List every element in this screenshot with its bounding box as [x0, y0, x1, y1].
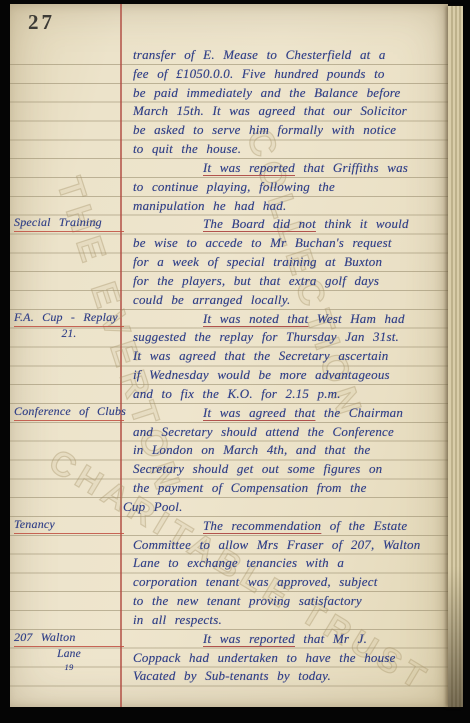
- margin-heading: Special Training: [14, 215, 124, 232]
- minute-line: and to fix the K.O. for 2.15 p.m.: [133, 385, 449, 404]
- minute-line: to continue playing, following the: [133, 178, 449, 197]
- minute-entry: transfer of E. Mease to Chesterfield at …: [133, 46, 449, 159]
- minute-line: suggested the replay for Thursday Jan 31…: [133, 328, 449, 347]
- margin-heading: Conference of Clubs: [14, 404, 124, 421]
- minute-line: It was noted that West Ham had: [133, 310, 449, 329]
- minute-line: Coppack had undertaken to have the house: [133, 649, 449, 668]
- minute-entry: 207 WaltonLane19It was reported that Mr …: [133, 630, 449, 686]
- minute-line: for a week of special training at Buxton: [133, 253, 449, 272]
- red-underlined-phrase: It was noted that: [203, 311, 308, 326]
- minute-line: corporation tenant was approved, subject: [133, 573, 449, 592]
- red-underlined-phrase: It was reported: [203, 631, 295, 646]
- minute-line: in all respects.: [133, 611, 449, 630]
- minute-line: to the new tenant proving satisfactory: [133, 592, 449, 611]
- margin-heading-line: 207 Walton: [14, 630, 124, 647]
- margin-heading-line: Special Training: [14, 215, 124, 232]
- minute-line: Committee to allow Mrs Fraser of 207, Wa…: [133, 536, 449, 555]
- red-underlined-phrase: The recommendation: [203, 518, 321, 533]
- minute-line: March 15th. It was agreed that our Solic…: [133, 102, 449, 121]
- minute-line: The recommendation of the Estate: [133, 517, 449, 536]
- minute-line: Cup Pool.: [123, 498, 449, 517]
- minute-line: in London on March 4th, and that the: [133, 441, 449, 460]
- margin-heading-line: 21.: [14, 327, 124, 342]
- minute-line: It was reported that Griffiths was: [133, 159, 449, 178]
- minute-line: transfer of E. Mease to Chesterfield at …: [133, 46, 449, 65]
- margin-heading: Tenancy: [14, 517, 124, 534]
- minute-line: and Secretary should attend the Conferen…: [133, 423, 449, 442]
- margin-heading-line: F.A. Cup - Replay: [14, 310, 124, 327]
- minute-book-page: 27 THE EVERTON COLLECTION CHARITABLE TRU…: [10, 4, 448, 707]
- minute-line: Lane to exchange tenancies with a: [133, 554, 449, 573]
- minute-entry: Special TrainingThe Board did not think …: [133, 215, 449, 309]
- margin-heading: F.A. Cup - Replay21.: [14, 310, 124, 342]
- minute-line: the payment of Compensation from the: [133, 479, 449, 498]
- minute-line: It was reported that Mr J.: [133, 630, 449, 649]
- red-underlined-phrase: It was agreed that: [203, 405, 315, 420]
- minute-line: to quit the house.: [133, 140, 449, 159]
- minute-line: The Board did not think it would: [133, 215, 449, 234]
- minute-line: Vacated by Sub-tenants by today.: [133, 667, 449, 686]
- minute-entry: It was reported that Griffiths wasto con…: [133, 159, 449, 215]
- minute-line: be wise to accede to Mr Buchan's request: [133, 234, 449, 253]
- minute-line: for the players, but that extra golf day…: [133, 272, 449, 291]
- margin-heading-line: Tenancy: [14, 517, 124, 534]
- minute-line: be asked to serve him formally with noti…: [133, 121, 449, 140]
- margin-heading: 207 WaltonLane19: [14, 630, 124, 672]
- minute-entry: Conference of ClubsIt was agreed that th…: [133, 404, 449, 517]
- minute-line: could be arranged locally.: [133, 291, 449, 310]
- handwritten-minutes: transfer of E. Mease to Chesterfield at …: [133, 46, 449, 686]
- red-margin-rule: [120, 4, 122, 707]
- photo-background: 27 THE EVERTON COLLECTION CHARITABLE TRU…: [0, 0, 470, 723]
- minute-line: Secretary should get out some figures on: [133, 460, 449, 479]
- minute-line: be paid immediately and the Balance befo…: [133, 84, 449, 103]
- minute-entry: TenancyThe recommendation of the EstateC…: [133, 517, 449, 630]
- red-underlined-phrase: The Board did not: [203, 216, 316, 231]
- margin-heading-line: Lane: [14, 647, 124, 662]
- red-underlined-phrase: It was reported: [203, 160, 295, 175]
- book-page-edges: [448, 6, 463, 707]
- page-number: 27: [28, 10, 55, 35]
- minute-line: manipulation he had had.: [133, 197, 449, 216]
- minute-line: It was agreed that the Secretary ascerta…: [133, 347, 449, 366]
- minute-line: fee of £1050.0.0. Five hundred pounds to: [133, 65, 449, 84]
- margin-heading-line: Conference of Clubs: [14, 404, 124, 421]
- minute-entry: F.A. Cup - Replay21.It was noted that We…: [133, 310, 449, 404]
- minute-line: if Wednesday would be more advantageous: [133, 366, 449, 385]
- minute-line: It was agreed that the Chairman: [133, 404, 449, 423]
- margin-heading-line: 19: [14, 662, 124, 672]
